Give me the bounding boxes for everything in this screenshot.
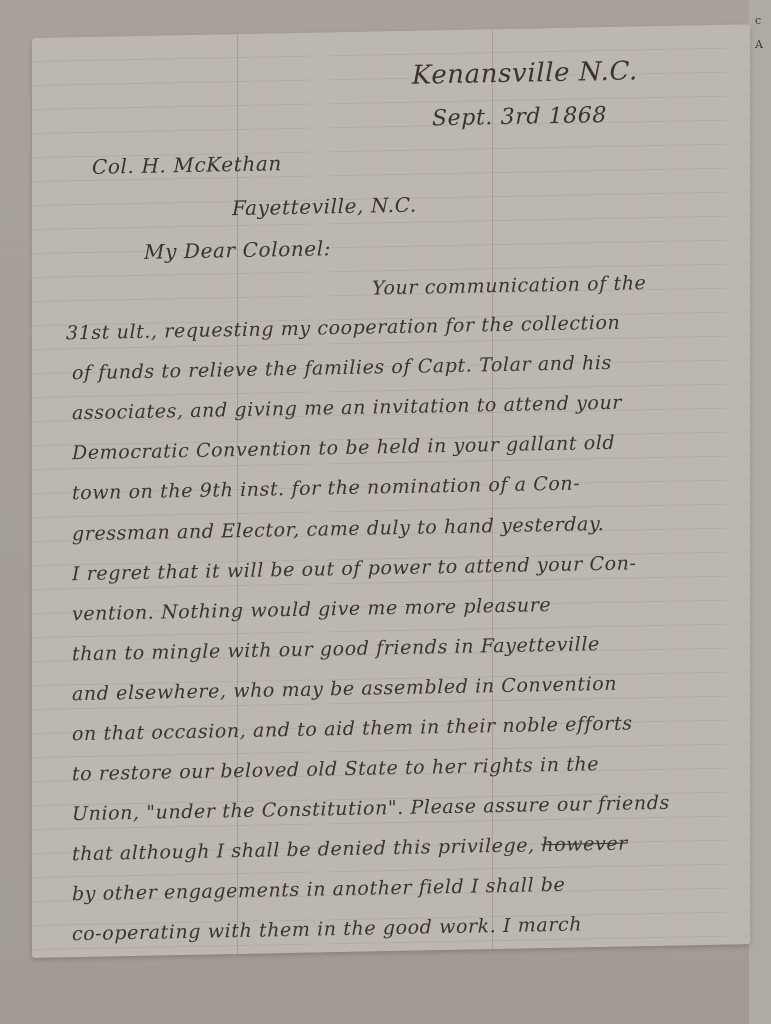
- body-line: of funds to relieve the families of Capt…: [72, 352, 612, 384]
- edge-mark: c: [755, 14, 761, 27]
- body-line: Union, "under the Constitution". Please …: [72, 792, 670, 825]
- body-line: to restore our beloved old State to her …: [72, 753, 599, 785]
- body-line: 31st ult., requesting my cooperation for…: [66, 312, 620, 345]
- body-line: gressman and Elector, came duly to hand …: [72, 513, 604, 545]
- edge-mark: A: [755, 38, 763, 51]
- body-line: I regret that it will be out of power to…: [72, 552, 637, 585]
- letter-addressee-location: Fayetteville, N.C.: [232, 193, 417, 221]
- body-line: by other engagements in another field I …: [72, 874, 565, 905]
- body-line: Democratic Convention to be held in your…: [72, 432, 615, 464]
- letter-addressee: Col. H. McKethan: [92, 151, 282, 179]
- body-line: that although I shall be denied this pri…: [72, 833, 628, 866]
- body-line: Your communication of the: [372, 272, 646, 299]
- body-line-text: that although I shall be denied this pri…: [72, 834, 535, 865]
- body-line: town on the 9th inst. for the nomination…: [72, 472, 580, 504]
- letter-salutation: My Dear Colonel:: [144, 236, 331, 264]
- letter-place: Kenansville N.C.: [412, 56, 638, 90]
- body-line: and elsewhere, who may be assembled in C…: [72, 673, 617, 705]
- body-line: than to mingle with our good friends in …: [72, 633, 600, 665]
- body-line: co-operating with them in the good work.…: [72, 913, 582, 945]
- adjacent-page-edge: c A: [749, 0, 771, 1024]
- body-line: associates, and giving me an invitation …: [72, 392, 622, 425]
- letter-sheet: Kenansville N.C. Sept. 3rd 1868 Col. H. …: [32, 24, 750, 958]
- struck-word: however: [541, 833, 627, 857]
- body-line: vention. Nothing would give me more plea…: [72, 594, 551, 625]
- body-line: on that occasion, and to aid them in the…: [72, 712, 633, 745]
- letter-date: Sept. 3rd 1868: [432, 103, 607, 131]
- letter-text: Kenansville N.C. Sept. 3rd 1868 Col. H. …: [32, 24, 750, 958]
